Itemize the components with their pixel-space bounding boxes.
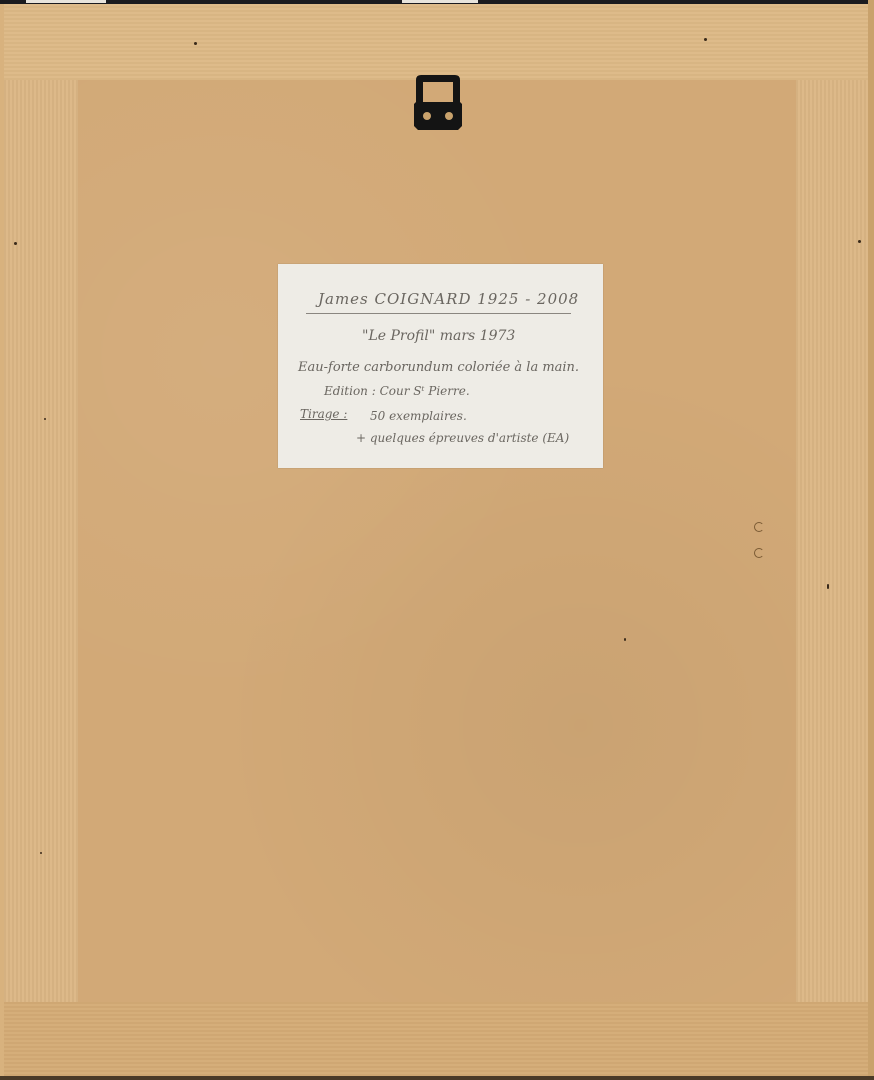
kraft-tape-right — [796, 4, 868, 1076]
frame-edge-right — [868, 0, 874, 1080]
nail-hole — [704, 38, 707, 41]
nail-hole — [14, 242, 17, 245]
artist-name: James COIGNARD 1925 - 2008 — [318, 290, 579, 308]
nail-hole — [194, 42, 197, 45]
frame-edge-bottom — [0, 1076, 874, 1080]
speck — [44, 418, 46, 420]
kraft-tape-bottom — [4, 1002, 868, 1076]
staple-mark — [754, 548, 764, 558]
kraft-tape-left — [4, 4, 78, 1076]
tirage-value: 50 exemplaires. — [370, 409, 467, 423]
speck — [827, 584, 829, 589]
frame-back: James COIGNARD 1925 - 2008 "Le Profil" m… — [0, 0, 874, 1080]
technique: Eau-forte carborundum coloriée à la main… — [298, 360, 579, 375]
tirage-extra: + quelques épreuves d'artiste (EA) — [356, 431, 569, 445]
underline-rule — [306, 313, 571, 314]
edge-highlight — [402, 0, 478, 3]
tirage-label: Tirage : — [300, 407, 347, 421]
speck — [624, 638, 626, 641]
edge-highlight — [26, 0, 106, 3]
staple-mark — [754, 522, 764, 532]
kraft-tape-top — [4, 4, 868, 80]
nail-hole — [858, 240, 861, 243]
hardboard-backing — [78, 80, 796, 1002]
artwork-title: "Le Profil" mars 1973 — [362, 328, 515, 344]
speck — [40, 852, 42, 854]
handwritten-label: James COIGNARD 1925 - 2008 "Le Profil" m… — [278, 264, 603, 468]
picture-hanger-icon — [412, 74, 464, 131]
edition: Edition : Cour Sᵗ Pierre. — [324, 384, 470, 398]
